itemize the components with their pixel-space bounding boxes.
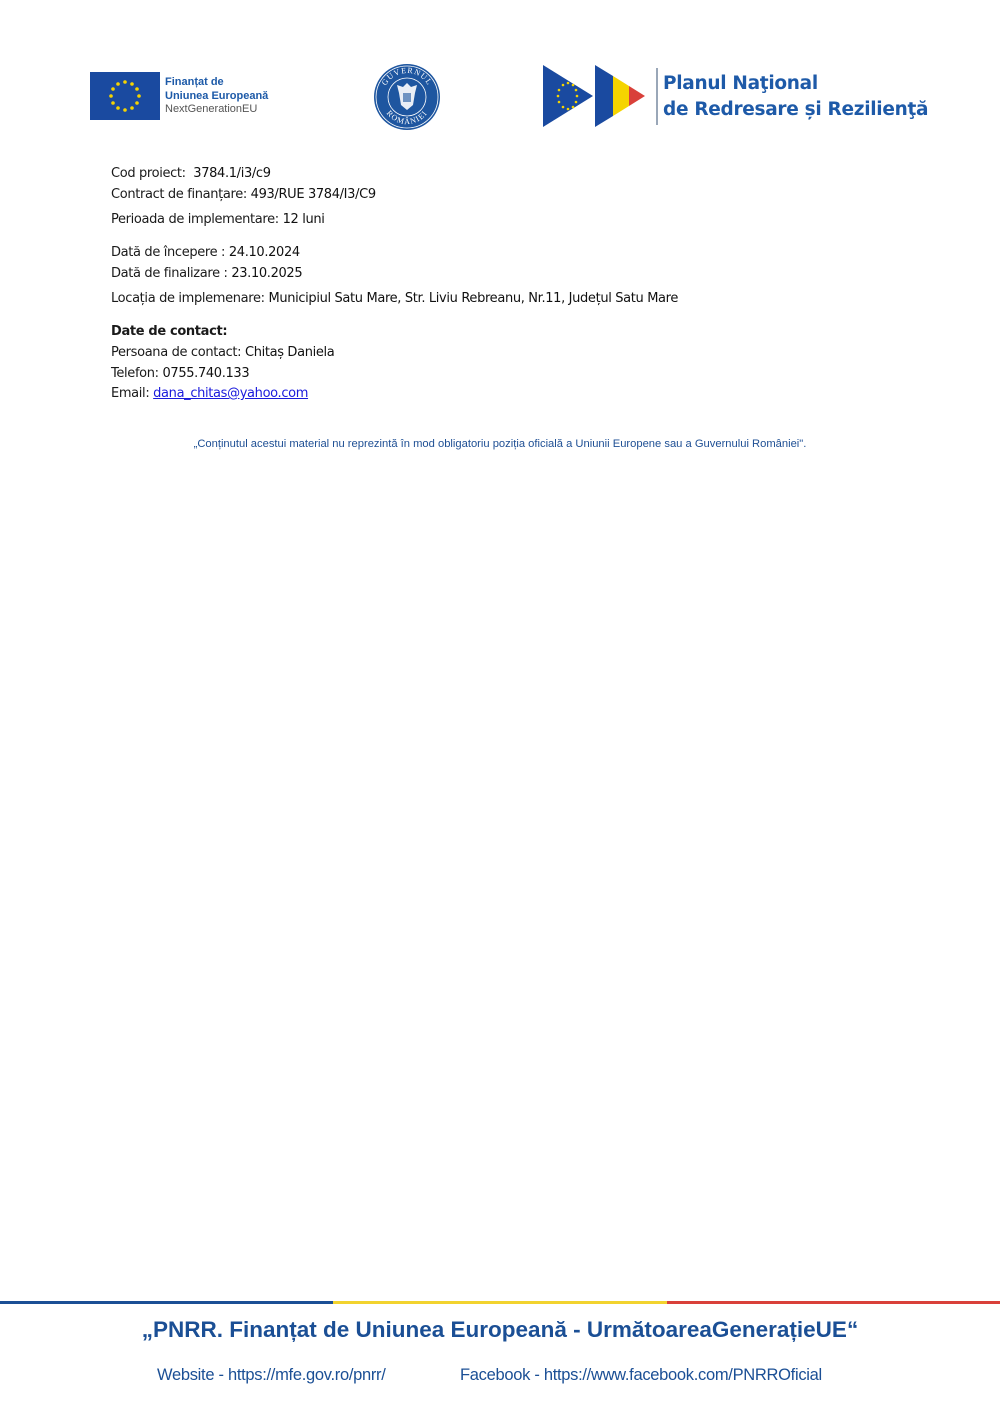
contact-email: Email: dana_chitas@yahoo.com — [111, 386, 308, 401]
location-label: Locația de implemenare: — [111, 291, 265, 306]
end-date-label: Dată de finalizare : — [111, 266, 228, 281]
pnrr-arrows-icon — [543, 65, 655, 127]
footer-facebook-link[interactable]: Facebook - https://www.facebook.com/PNRR… — [460, 1366, 822, 1385]
contact-heading: Date de contact: — [111, 324, 227, 339]
footer-title: „PNRR. Finanțat de Uniunea Europeană - U… — [0, 1317, 1000, 1343]
email-link[interactable]: dana_chitas@yahoo.com — [153, 386, 308, 401]
implementation-location: Locația de implemenare: Municipiul Satu … — [111, 291, 678, 306]
email-label: Email: — [111, 386, 149, 401]
pnrr-divider — [656, 68, 658, 125]
project-code: Cod proiect: 3784.1/i3/c9 — [111, 166, 271, 181]
footer-website-link[interactable]: Website - https://mfe.gov.ro/pnrr/ — [157, 1366, 386, 1385]
location-value: Municipiul Satu Mare, Str. Liviu Rebrean… — [268, 291, 678, 306]
implementation-period: Perioada de implementare: 12 luni — [111, 212, 325, 227]
eu-funding-text: Finanțat de Uniunea Europeană NextGenera… — [165, 76, 268, 117]
contract: Contract de finanțare: 493/RUE 3784/I3/C… — [111, 187, 376, 202]
guvernul-romaniei-seal-icon: GUVERNUL ROMÂNIEI — [373, 63, 441, 131]
start-date-value: 24.10.2024 — [229, 245, 300, 260]
start-date-label: Dată de începere : — [111, 245, 225, 260]
pnrr-line-1: Planul Naţional — [663, 71, 928, 97]
footer-bar-red — [667, 1301, 1000, 1304]
disclaimer: „Conținutul acestui material nu reprezin… — [0, 438, 1000, 450]
contact-person-value: Chitaș Daniela — [245, 345, 334, 360]
end-date-value: 23.10.2025 — [231, 266, 302, 281]
start-date: Dată de începere : 24.10.2024 — [111, 245, 300, 260]
project-code-label: Cod proiect: — [111, 166, 186, 181]
end-date: Dată de finalizare : 23.10.2025 — [111, 266, 302, 281]
footer-bar-blue — [0, 1301, 333, 1304]
project-code-value: 3784.1/i3/c9 — [193, 166, 270, 181]
contract-label: Contract de finanțare: — [111, 187, 247, 202]
contact-phone: Telefon: 0755.740.133 — [111, 366, 249, 381]
period-label: Perioada de implementare: — [111, 212, 279, 227]
contact-person: Persoana de contact: Chitaș Daniela — [111, 345, 334, 360]
eu-flag-icon — [90, 72, 160, 120]
eu-line-3: NextGenerationEU — [165, 103, 268, 117]
contact-person-label: Persoana de contact: — [111, 345, 241, 360]
eu-line-1: Finanțat de — [165, 76, 268, 90]
pnrr-line-2: de Redresare și Rezilienţă — [663, 97, 928, 123]
footer-bar-yellow — [333, 1301, 667, 1304]
phone-value: 0755.740.133 — [163, 366, 250, 381]
contract-value: 493/RUE 3784/I3/C9 — [251, 187, 376, 202]
eu-line-2: Uniunea Europeană — [165, 90, 268, 104]
pnrr-title: Planul Naţional de Redresare și Rezilien… — [663, 71, 928, 123]
period-value: 12 luni — [283, 212, 325, 227]
phone-label: Telefon: — [111, 366, 159, 381]
